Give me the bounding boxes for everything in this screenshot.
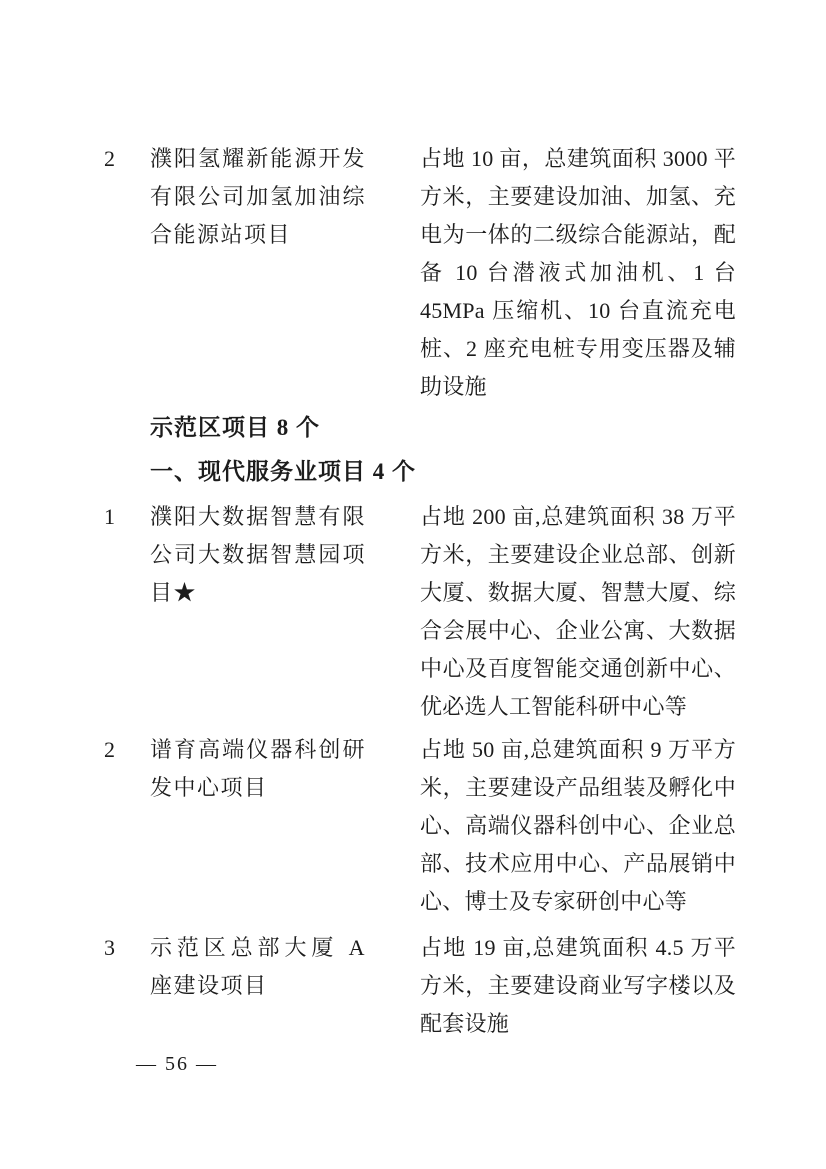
project-name: 谱育高端仪器科创研发中心项目 [150,731,366,807]
project-row: 3 示范区总部大厦 A 座建设项目 占地 19 亩,总建筑面积 4.5 万平方米… [0,929,826,1043]
project-description: 占地 200 亩,总建筑面积 38 万平方米，主要建设企业总部、创新大厦、数据大… [420,498,736,726]
project-number: 2 [104,140,150,178]
project-row: 1 濮阳大数据智慧有限公司大数据智慧园项目★ 占地 200 亩,总建筑面积 38… [0,498,826,726]
project-name: 示范区总部大厦 A 座建设项目 [150,929,366,1005]
section-title: 示范区项目 8 个 [150,408,826,448]
project-name: 濮阳大数据智慧有限公司大数据智慧园项目★ [150,498,366,612]
project-row: 2 谱育高端仪器科创研发中心项目 占地 50 亩,总建筑面积 9 万平方米，主要… [0,731,826,921]
project-name: 濮阳氢耀新能源开发有限公司加氢加油综合能源站项目 [150,140,366,254]
subsection-title: 一、现代服务业项目 4 个 [150,452,826,492]
project-list: 1 濮阳大数据智慧有限公司大数据智慧园项目★ 占地 200 亩,总建筑面积 38… [0,498,826,1043]
document-page: 2 濮阳氢耀新能源开发有限公司加氢加油综合能源站项目 占地 10 亩，总建筑面积… [0,0,826,1169]
document-content: 2 濮阳氢耀新能源开发有限公司加氢加油综合能源站项目 占地 10 亩，总建筑面积… [0,140,826,1043]
project-description: 占地 10 亩，总建筑面积 3000 平方米，主要建设加油、加氢、充电为一体的二… [420,140,736,406]
project-number: 2 [104,731,150,769]
project-description: 占地 19 亩,总建筑面积 4.5 万平方米，主要建设商业写字楼以及配套设施 [420,929,736,1043]
page-number: — 56 — [136,1052,218,1076]
project-number: 3 [104,929,150,967]
project-description: 占地 50 亩,总建筑面积 9 万平方米，主要建设产品组装及孵化中心、高端仪器科… [420,731,736,921]
project-row: 2 濮阳氢耀新能源开发有限公司加氢加油综合能源站项目 占地 10 亩，总建筑面积… [0,140,826,406]
project-number: 1 [104,498,150,536]
